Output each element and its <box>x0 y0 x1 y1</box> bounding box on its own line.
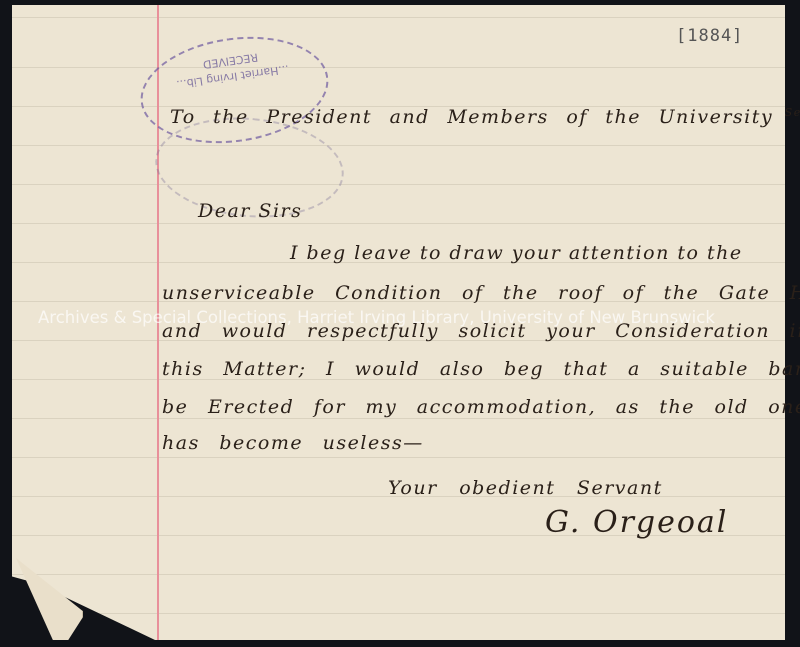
signature: G. Orgeoal <box>545 505 728 540</box>
salutation: To the President and Members of the Univ… <box>170 106 800 128</box>
body-line-1: I beg leave to draw your attention to th… <box>290 242 743 264</box>
closing: Your obedient Servant <box>388 477 663 499</box>
body-line-4: this Matter; I would also beg that a sui… <box>162 358 800 380</box>
salutation-text: To the President and Members of the Univ… <box>170 106 773 128</box>
body-line-2: unserviceable Condition of the roof of t… <box>162 282 800 304</box>
salutation-addendum: Senate. <box>785 106 800 119</box>
greeting: Dear Sirs <box>198 200 302 222</box>
archive-number: [1884] <box>676 26 743 46</box>
archive-watermark: Archives & Special Collections, Harriet … <box>38 308 715 327</box>
body-line-5: be Erected for my accommodation, as the … <box>162 396 800 418</box>
body-line-6: has become useless— <box>162 432 424 454</box>
